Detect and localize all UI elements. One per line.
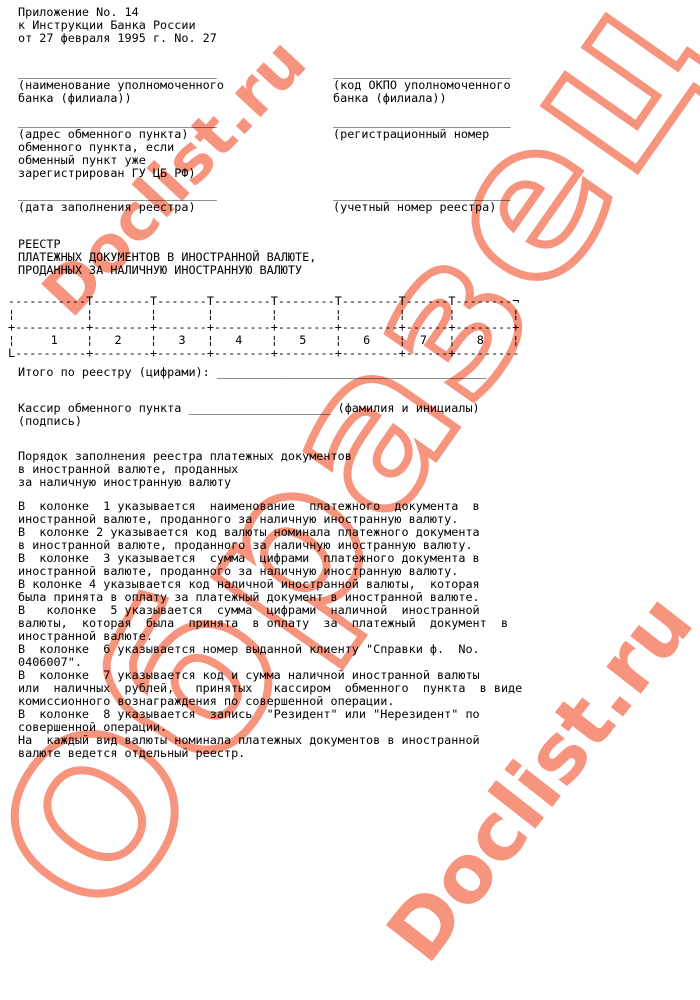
registration-number-field: _________________________ (регистрационн… xyxy=(333,115,511,141)
registry-total-line: Итого по реестру (цифрами): ____________… xyxy=(18,366,487,379)
okpo-code-field: _________________________ (код ОКПО упол… xyxy=(333,66,511,105)
exchange-office-address-field: ____________________________ (адрес обме… xyxy=(18,115,217,180)
instructions-body: В колонке 1 указывается наименование пла… xyxy=(18,500,522,760)
fill-date-field: ____________________________ (дата запол… xyxy=(18,188,217,214)
appendix-header: Приложение No. 14 к Инструкции Банка Рос… xyxy=(18,6,217,45)
instructions-title: Порядок заполнения реестра платежных док… xyxy=(18,450,352,489)
bank-name-field: ____________________________ (наименован… xyxy=(18,66,224,105)
cashier-signature-line: Кассир обменного пункта ________________… xyxy=(18,402,480,428)
registry-title: РЕЕСТР ПЛАТЕЖНЫХ ДОКУМЕНТОВ В ИНОСТРАННО… xyxy=(18,238,316,277)
registry-table: -----------T--------T-------T--------T--… xyxy=(8,295,519,360)
registry-account-number-field: _________________________ (учетный номер… xyxy=(333,188,511,214)
document-page: Doclist.ru Образец Doclist.ru Приложение… xyxy=(0,0,700,1000)
